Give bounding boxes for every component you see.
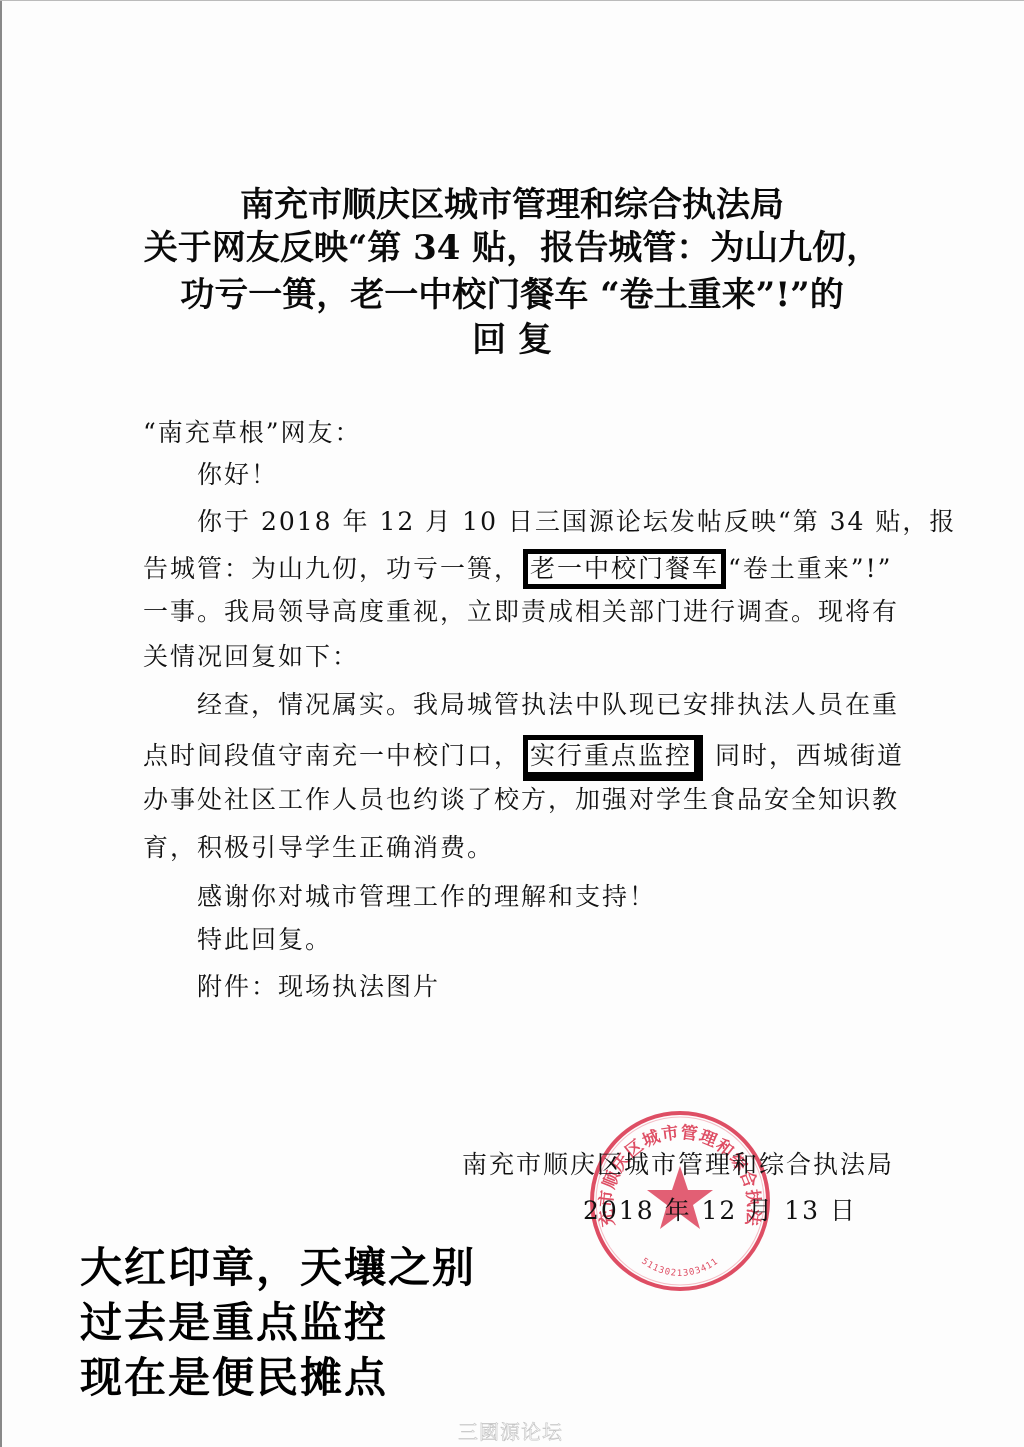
thanks-line: 感谢你对城市管理工作的理解和支持！	[197, 879, 656, 915]
text-segment: 告城管：为山九仞，功亏一篑，	[143, 554, 521, 583]
greeting: 你好！	[197, 457, 278, 493]
paragraph-1-line-4: 关情况回复如下：	[143, 639, 359, 675]
paragraph-2-line-2: 点时间段值守南充一中校门口，实行重点监控 同时，西城街道	[143, 735, 904, 781]
paragraph-2-line-3: 办事处社区工作人员也约谈了校方，加强对学生食品安全知识教	[143, 782, 899, 818]
scan-edge	[0, 0, 1024, 1]
paragraph-2-line-1: 经查，情况属实。我局城管执法中队现已安排执法人员在重	[197, 687, 899, 723]
scanned-document-page: 南充市顺庆区城市管理和综合执法局 关于网友反映“第 34 贴，报告城管：为山九仞…	[0, 0, 1024, 1447]
signature-date: 2018 年 12 月 13 日	[583, 1193, 857, 1229]
title-subject-line-2: 功亏一篑，老一中校门餐车 “卷土重来”!”的	[0, 273, 1024, 317]
text-segment: 点时间段值守南充一中校门口，	[143, 741, 521, 770]
caption-line-1: 大红印章，天壤之别	[80, 1242, 476, 1294]
caption-line-3: 现在是便民摊点	[80, 1352, 388, 1404]
forum-watermark: 三國源论坛	[458, 1416, 563, 1445]
title-subject-line-1: 关于网友反映“第 34 贴，报告城管：为山九仞，	[0, 226, 1024, 270]
svg-text:5113021303411: 5113021303411	[639, 1257, 720, 1279]
title-reply: 回 复	[0, 318, 1024, 362]
paragraph-1-line-1: 你于 2018 年 12 月 10 日三国源论坛发帖反映“第 34 贴，报	[197, 504, 956, 540]
signature-agency: 南充市顺庆区城市管理和综合执法局	[462, 1147, 894, 1183]
paragraph-2-line-4: 育，积极引导学生正确消费。	[143, 830, 494, 866]
paragraph-1-line-3: 一事。我局领导高度重视，立即责成相关部门进行调查。现将有	[143, 594, 899, 630]
highlight-box-key-monitoring: 实行重点监控	[523, 735, 703, 781]
paragraph-1-line-2: 告城管：为山九仞，功亏一篑，老一中校门餐车“卷土重来”!”	[143, 549, 892, 589]
salutation: “南充草根”网友：	[143, 415, 362, 451]
text-segment: 同时，西城街道	[705, 741, 904, 770]
caption-line-2: 过去是重点监控	[80, 1297, 388, 1349]
highlight-box-food-cart: 老一中校门餐车	[523, 549, 726, 589]
attachment-line: 附件：现场执法图片	[197, 969, 440, 1005]
closing-line: 特此回复。	[197, 922, 332, 958]
text-segment: “卷土重来”!”	[728, 554, 892, 583]
title-agency: 南充市顺庆区城市管理和综合执法局	[0, 183, 1024, 227]
